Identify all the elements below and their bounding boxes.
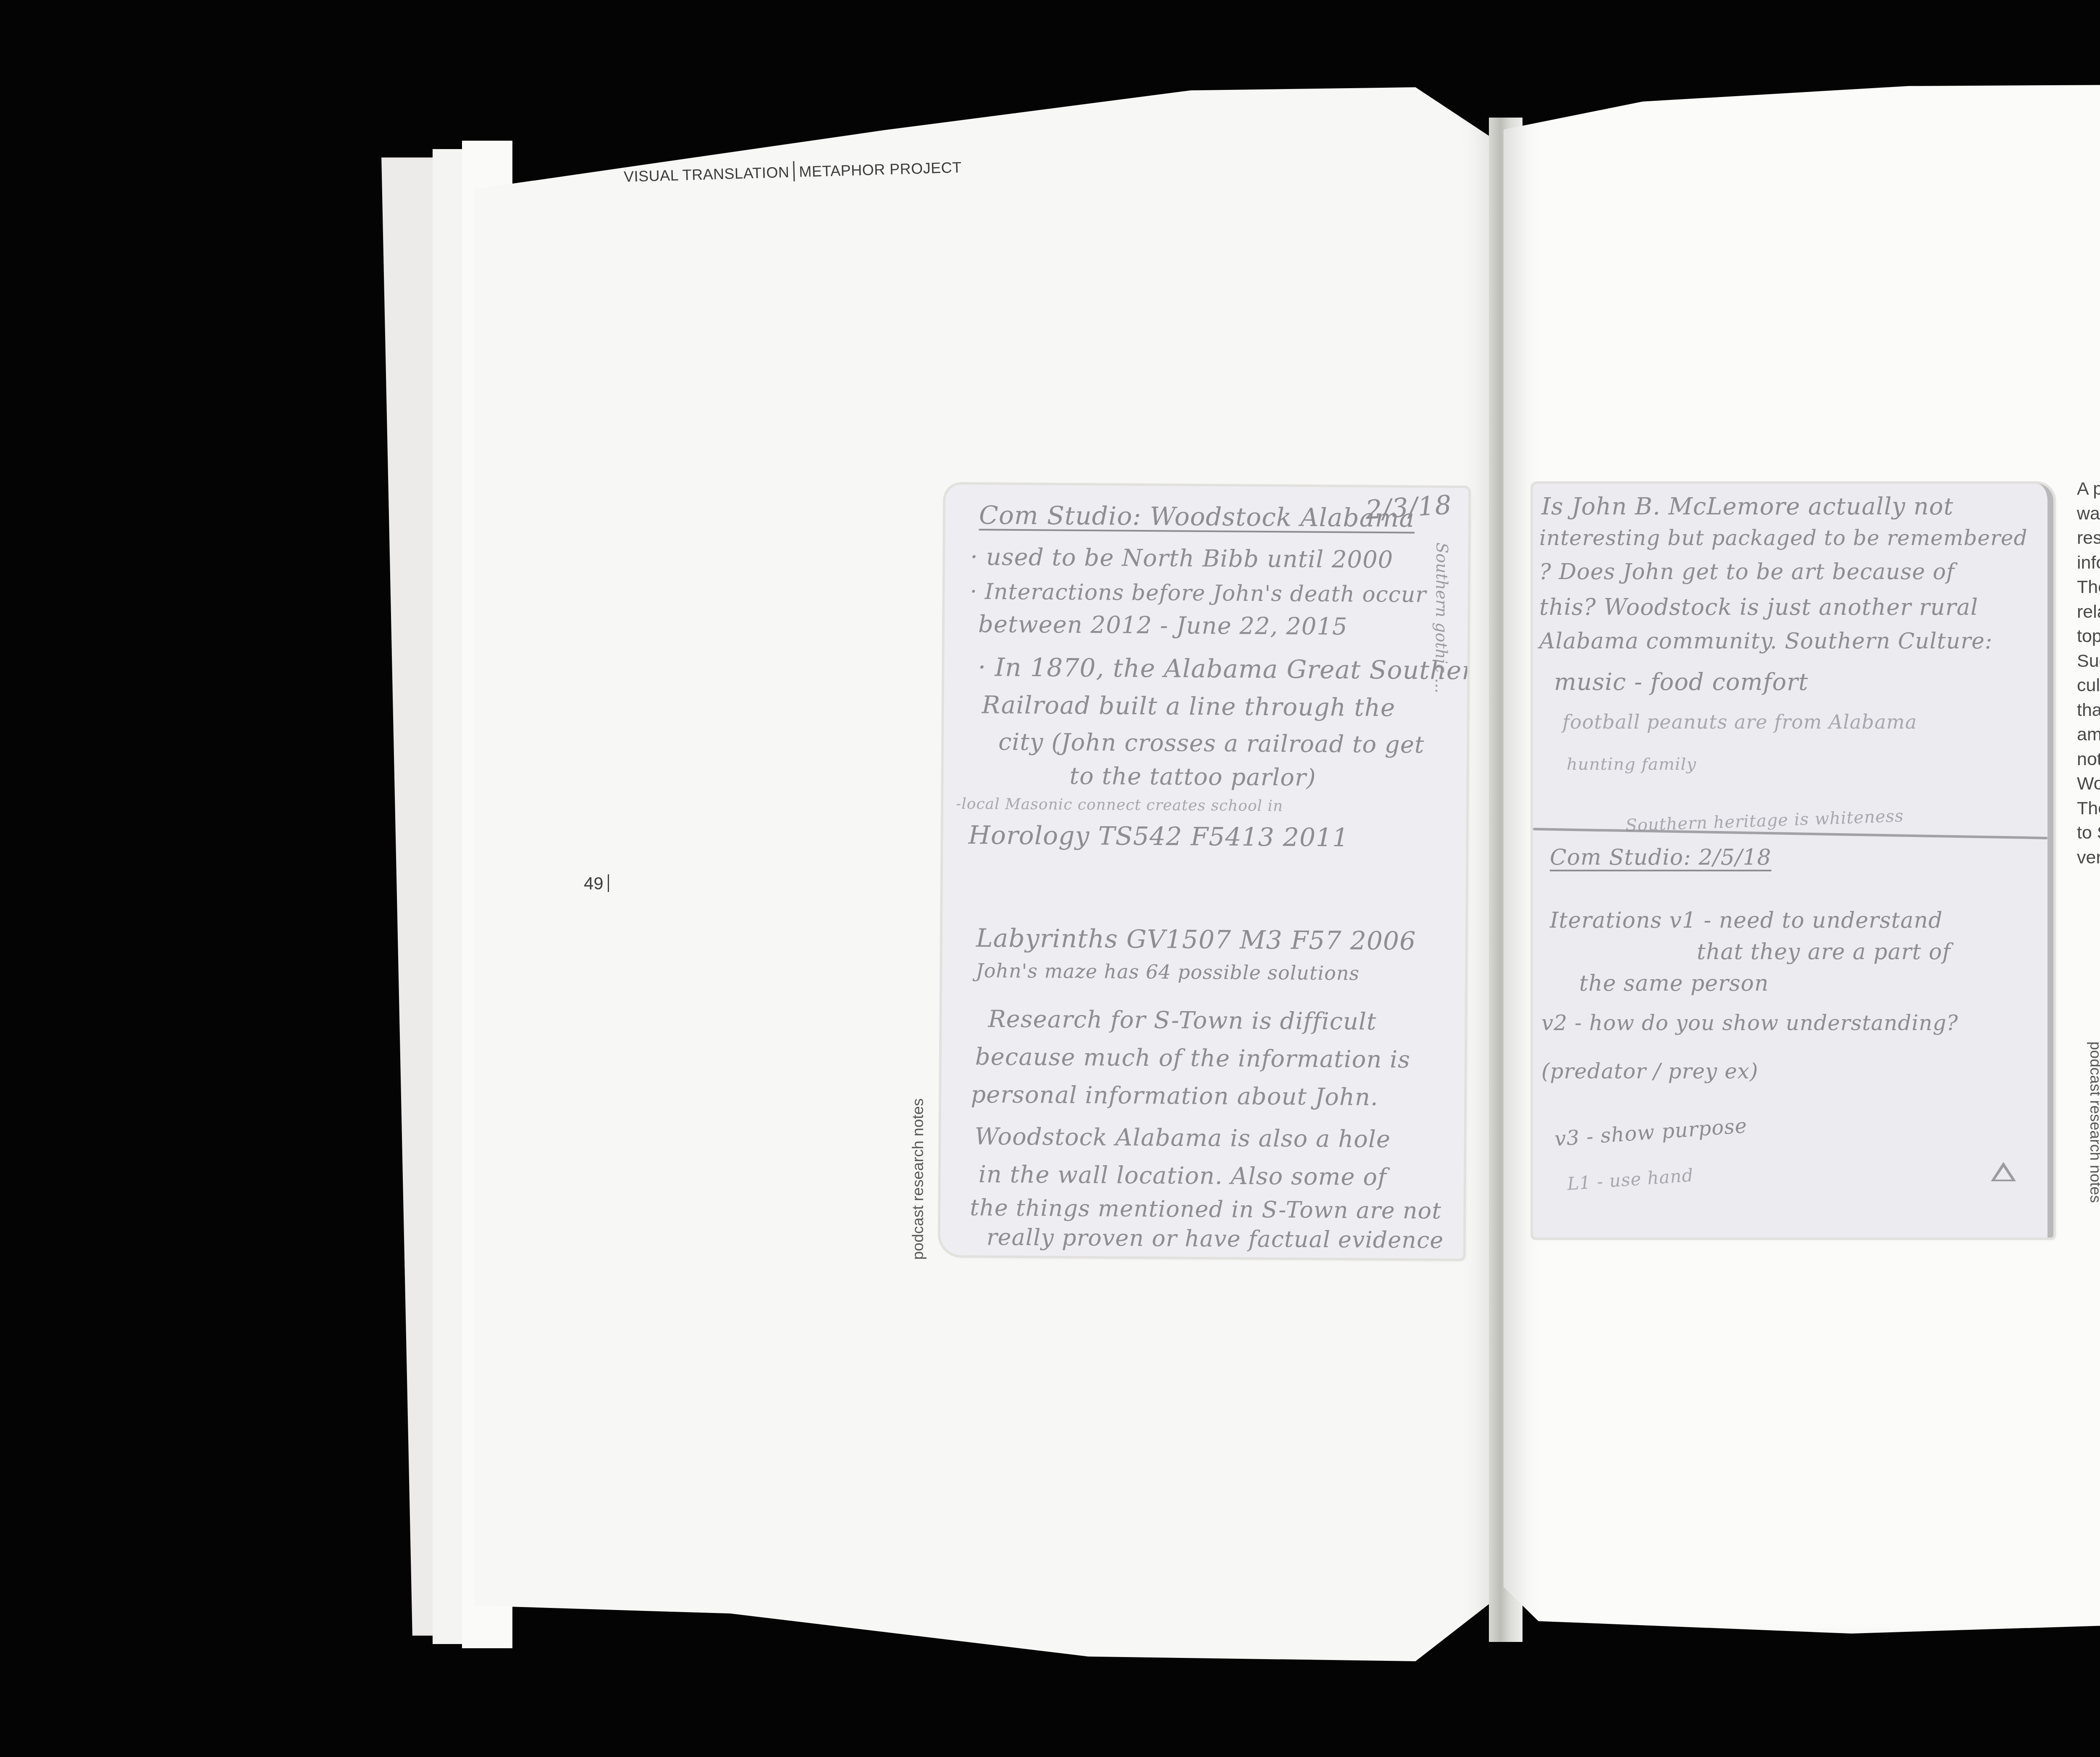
note-line: the things mentioned in S-Town are not <box>970 1194 1468 1225</box>
note-line: Iterations v1 - need to understand <box>1550 908 2053 933</box>
separator-bar <box>793 161 795 181</box>
note-line: music - food comfort <box>1554 669 2053 696</box>
note-date: 2/3/18 <box>1365 489 1453 525</box>
running-head-right: METAPHOR PROJECT <box>799 159 962 181</box>
note-line: Com Studio: 2/5/18 <box>1550 845 2053 870</box>
note-line: Research for S-Town is difficult <box>988 1005 1468 1036</box>
page-number-left: 49 <box>584 873 613 894</box>
body-paragraph: A portion of the research was also visua… <box>2077 477 2100 870</box>
body-line: Woodstock, Albama. <box>2077 771 2100 796</box>
triangle-mark-icon <box>1991 1162 2016 1181</box>
note-line: ? Does John get to be art because of <box>1539 559 2053 585</box>
body-line: not clearly define the area of <box>2077 747 2100 772</box>
figure-caption-left: podcast research notes <box>909 1098 927 1260</box>
note-line: this? Woodstock is just another rural <box>1539 594 2053 620</box>
body-line: very difficult. <box>2077 845 2100 870</box>
book-spread: VISUAL TRANSLATIONMETAPHOR PROJECT 49 po… <box>0 0 2100 1757</box>
body-line: topics that were researched. <box>2077 624 2100 649</box>
note-line: (predator / prey ex) <box>1541 1059 2053 1083</box>
note-line: between 2012 - June 22, 2015 <box>978 611 1469 642</box>
note-line: -local Masonic connect creates school in <box>956 795 1468 816</box>
note-margin-annotation: Southern gothic ... <box>1432 543 1452 693</box>
note-line: Labyrinths GV1507 M3 F57 2006 <box>976 923 1469 957</box>
body-line: culture. This due to the fact <box>2077 673 2100 698</box>
note-line: city (John crosses a railroad to get <box>998 729 1468 760</box>
note-line: Woodstock Alabama is also a hole <box>974 1123 1468 1154</box>
note-line: football peanuts are from Alabama <box>1562 711 2053 733</box>
body-line: to Southern culture was <box>2077 821 2100 845</box>
note-line: personal information about John. <box>971 1081 1468 1112</box>
note-line: because much of the information is <box>975 1043 1469 1074</box>
body-line: was also visual. Our visual <box>2077 501 2100 526</box>
note-line: · Interactions before John's death occur <box>970 579 1468 608</box>
body-line: that Southern culture is an <box>2077 698 2100 723</box>
note-line: L1 - use hand <box>1567 1138 2053 1194</box>
note-line: interesting but packaged to be remembere… <box>1539 526 2053 550</box>
note-line: the same person <box>1579 971 2053 996</box>
note-line: v2 - how do you show understanding? <box>1541 1011 2053 1035</box>
scanned-note-card-right: Is John B. McLemore actually not interes… <box>1533 484 2053 1238</box>
note-line: v3 - show purpose <box>1554 1091 2053 1151</box>
body-line: Such as the visuals for <box>2077 649 2100 674</box>
note-line: Alabama community. Southern Culture: <box>1539 629 2053 654</box>
note-line: · used to be North Bibb until 2000 <box>970 543 1468 574</box>
note-line: Railroad built a line through the <box>982 690 1469 723</box>
note-line: · In 1870, the Alabama Great Southern <box>978 653 1468 686</box>
body-line: research had to relate to our <box>2077 526 2100 551</box>
note-line: that they are a part of <box>1697 939 2053 965</box>
scanned-note-card-left: Com Studio: Woodstock Alabama 2/3/18 · u… <box>940 485 1469 1259</box>
note-line: in the wall location. Also some of <box>979 1161 1469 1192</box>
note-line: Southern heritage is whiteness <box>1625 798 2053 836</box>
note-line: hunting family <box>1567 755 2053 774</box>
separator-bar <box>608 874 609 892</box>
figure-caption-right: podcast research notes <box>2087 1041 2100 1203</box>
body-line: There was some difficulty <box>2077 575 2100 600</box>
note-line: Horology TS542 F5413 2011 <box>968 821 1468 854</box>
body-line: informational investigation. <box>2077 551 2100 575</box>
body-line: Therefore associating visual <box>2077 796 2100 821</box>
page-number-value: 49 <box>584 873 604 893</box>
body-line: A portion of the research <box>2077 477 2100 501</box>
body-line: relating imagery to certain <box>2077 600 2100 624</box>
note-line: to the tattoo parlor) <box>1069 763 1468 794</box>
running-head-left: VISUAL TRANSLATION <box>623 163 789 185</box>
body-line: ambigous term that does <box>2077 722 2100 747</box>
note-line: really proven or have factual evidence <box>987 1224 1469 1254</box>
note-line: Is John B. McLemore actually not <box>1541 493 2053 520</box>
note-line: John's maze has 64 possible solutions <box>976 959 1468 986</box>
